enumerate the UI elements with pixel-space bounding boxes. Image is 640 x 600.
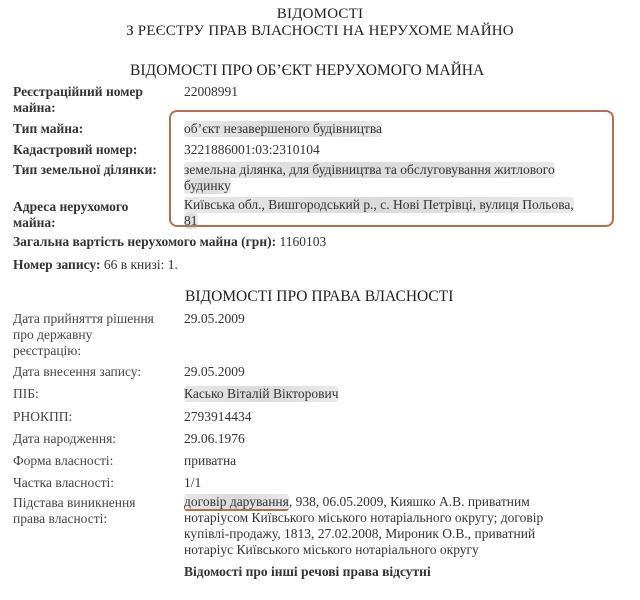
basis-value-line3: купівлі-продажу, 1813, 27.02.2008, Мирон… [184,526,535,542]
cadastral-number-value: 3221886001:03:2310104 [184,142,320,158]
entry-date-value: 29.05.2009 [184,364,245,380]
rights-section-heading: ВІДОМОСТІ ПРО ПРАВА ВЛАСНОСТІ [185,288,453,306]
object-section-heading: ВІДОМОСТІ ПРО ОБ’ЄКТ НЕРУХОМОГО МАЙНА [130,62,484,80]
basis-value-line2: нотаріусом Київського міського нотаріаль… [184,510,543,526]
other-rights-note: Відомості про інші речові права відсутні [184,564,431,580]
land-type-label: Тип земельної ділянки: [13,162,157,178]
decision-date-label-2: про державну [13,327,92,343]
reg-number-label-1: Реєстраційний номер [13,84,143,100]
address-label-2: майна: [13,215,56,231]
land-type-value-line1: земельна ділянка, для будівництва та обс… [184,162,555,178]
entry-date-label: Дата внесення запису: [13,364,141,380]
basis-label-2: права власності: [13,511,107,527]
land-type-value-line2: будинку [184,178,231,194]
reg-number-value: 22008991 [184,84,238,100]
total-value-value: 1160103 [279,234,326,249]
cadastral-number-label: Кадастровий номер: [13,142,137,158]
tax-id-value: 2793914434 [184,409,252,425]
address-value-line1: Київська обл., Вишгородський р., с. Нові… [184,197,574,213]
record-number-label: Номер запису: [13,257,101,272]
full-name-value: Касько Віталій Вікторович [184,386,338,402]
ownership-form-label: Форма власності: [13,453,113,469]
total-value-row: Загальна вартість нерухомого майна (грн)… [13,234,326,250]
property-type-label: Тип майна: [13,121,83,137]
address-label-1: Адреса нерухомого [13,199,128,215]
tax-id-label: РНОКПП: [13,409,72,425]
basis-value-line1-rest: , 938, 06.05.2009, Кияшко А.В. приватним [289,494,530,509]
basis-value-line1: договір дарування, 938, 06.05.2009, Кияш… [184,494,530,510]
ownership-form-value: приватна [184,453,236,469]
birth-date-label: Дата народження: [13,431,116,447]
decision-date-label-3: реєстрацію: [13,343,81,359]
basis-value-line4: нотаріус Київського міського нотаріально… [184,542,479,558]
document-title-line1: ВІДОМОСТІ [0,6,640,23]
decision-date-label-1: Дата прийняття рішення [13,311,154,327]
property-type-value: об’єкт незавершеного будівництва [184,121,382,137]
full-name-label: ПІБ: [13,386,39,402]
birth-date-value: 29.06.1976 [184,431,245,447]
total-value-label: Загальна вартість нерухомого майна (грн)… [13,234,276,249]
record-number-value: 66 в книзі: 1. [104,257,178,272]
document-title-line2: З РЕЄСТРУ ПРАВ ВЛАСНОСТІ НА НЕРУХОМЕ МАЙ… [0,23,640,40]
address-value-line2: 81 [184,213,198,229]
ownership-share-value: 1/1 [184,475,201,491]
basis-label-1: Підстава виникнення [13,495,135,511]
ownership-share-label: Частка власності: [13,475,114,491]
basis-highlight-gift-agreement: договір дарування [184,494,289,511]
record-number-row: Номер запису: 66 в книзі: 1. [13,257,178,273]
decision-date-value: 29.05.2009 [184,311,245,327]
reg-number-label-2: майна: [13,100,56,116]
